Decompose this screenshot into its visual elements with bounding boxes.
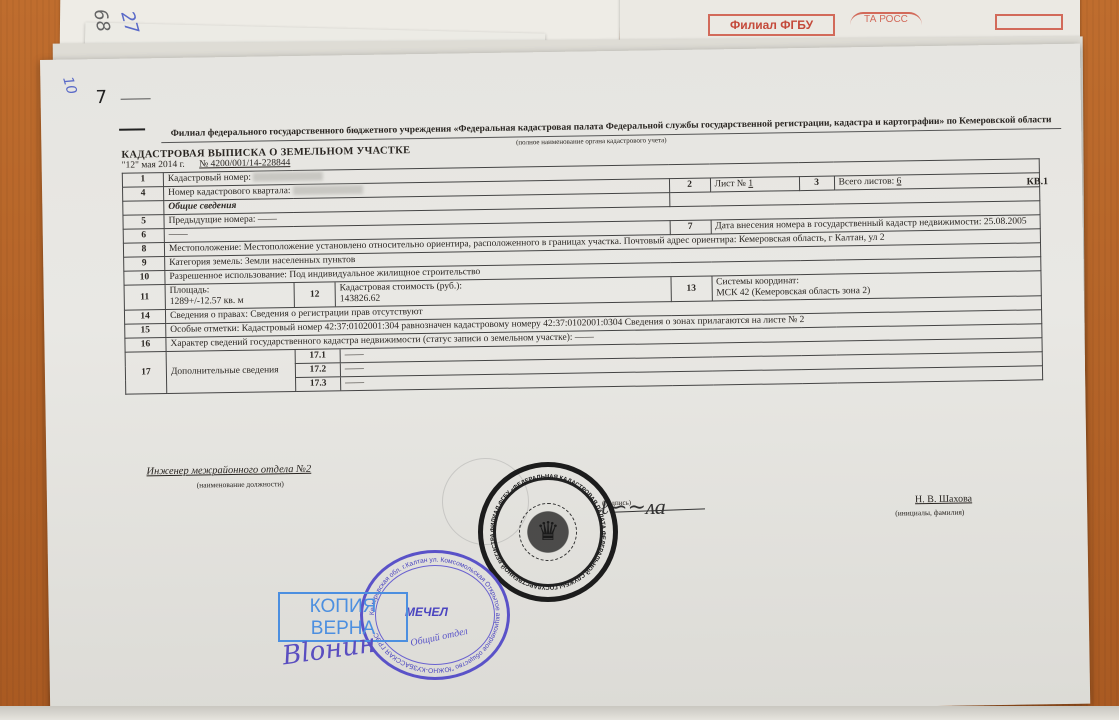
document-number: № 4200/001/14-228844: [199, 158, 290, 169]
row-number: 12: [295, 282, 336, 307]
redacted-value: [293, 185, 363, 195]
special-notes-label: Особые отметки:: [170, 324, 239, 335]
row-number: 14: [124, 310, 165, 325]
document-body: Филиал федерального государственного бюд…: [121, 114, 1065, 395]
registration-date-label: Дата внесения номера в государственный к…: [715, 217, 981, 231]
sheet-label: Лист №: [715, 179, 746, 189]
permitted-use-value: Под индивидуальное жилищное строительств…: [289, 267, 480, 280]
additional-info-label: Дополнительные сведения: [166, 350, 296, 394]
red-round-stamp-partial: ТА РОСС: [850, 12, 922, 25]
margin-mark: 7: [95, 87, 107, 108]
row-number: 15: [125, 324, 166, 339]
registration-date-value: 25.08.2005: [984, 217, 1027, 228]
cadastral-table: 1 Кадастровый номер: 4 Номер кадастровог…: [122, 158, 1043, 394]
red-stamp-filial: Филиал ФГБУ: [708, 14, 835, 36]
row-number: 13: [671, 276, 712, 302]
rights-value: Сведения о регистрации прав отсутствуют: [250, 307, 422, 320]
cadastral-extract-document: 10 7 Филиал федерального государственног…: [40, 44, 1090, 720]
sub-row-number: 17.1: [296, 349, 341, 363]
row-number-empty: [123, 201, 164, 216]
row-number: 2: [669, 178, 710, 193]
margin-line: [121, 98, 151, 99]
previous-numbers-label: Предыдущие номера:: [168, 215, 255, 226]
sub-row-number: 17.2: [296, 363, 341, 377]
copy-stamp-line1: КОПИЯ: [280, 596, 406, 618]
quarter-number-label: Номер кадастрового квартала:: [168, 186, 291, 198]
land-category-value: Земли населенных пунктов: [245, 255, 355, 267]
red-stamp-box: [995, 14, 1063, 30]
row-number: 11: [124, 285, 165, 311]
area-value: 1289+/-12.57 кв. м: [170, 295, 290, 308]
signer-name-note: (инициалы, фамилия): [895, 508, 964, 518]
handwritten-mark: 10: [59, 75, 79, 97]
row-number: 17: [125, 352, 167, 395]
area-cell: Площадь: 1289+/-12.57 кв. м: [165, 283, 294, 310]
sheet-number: 1: [748, 179, 753, 189]
signer-name: Н. В. Шахова: [915, 493, 972, 505]
row-number: 8: [123, 243, 164, 258]
previous-numbers-value: ——: [258, 214, 277, 224]
sub-row-number: 17.3: [296, 377, 341, 391]
mechel-brand: МЕЧЕЛ: [405, 605, 448, 619]
row-number: 7: [670, 220, 711, 235]
row-number: 3: [799, 176, 834, 191]
row-number: 10: [124, 271, 165, 286]
row-number: 9: [124, 257, 165, 272]
signer-position-note: (наименование должности): [197, 479, 284, 489]
sheet-number-cell: Лист № 1: [710, 177, 799, 192]
rights-label: Сведения о правах:: [170, 310, 248, 321]
permitted-use-label: Разрешенное использование:: [169, 270, 287, 282]
form-code: КВ.1: [1027, 176, 1049, 187]
double-headed-eagle-icon: ♛: [536, 517, 559, 547]
page-edge: [0, 706, 1119, 720]
total-sheets: 6: [896, 176, 901, 186]
total-sheets-label: Всего листов:: [839, 177, 895, 188]
cadastral-number-label: Кадастровый номер:: [168, 173, 251, 184]
signer-position: Инженер межрайонного отдела №2: [146, 464, 311, 478]
redacted-value: [253, 172, 323, 182]
row-number: 4: [123, 187, 164, 202]
land-category-label: Категория земель:: [169, 257, 243, 268]
handwritten-mark: 68: [89, 7, 114, 33]
location-label: Местоположение:: [169, 243, 242, 254]
row-number: 6: [123, 229, 164, 244]
record-status-value: ——: [575, 332, 594, 342]
row-number: 5: [123, 215, 164, 230]
row-number: 1: [122, 173, 163, 188]
document-date: "12" мая 2014 г.: [122, 160, 185, 171]
row-number: 16: [125, 338, 166, 353]
